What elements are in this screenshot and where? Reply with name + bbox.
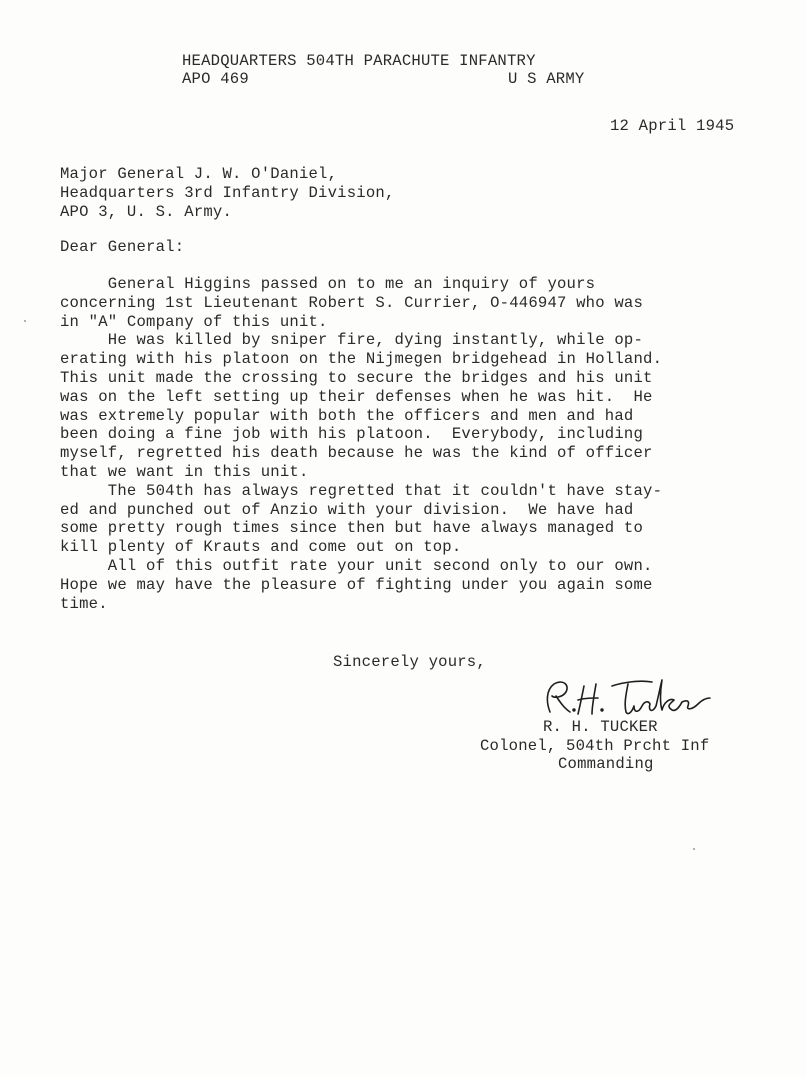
body-line: some pretty rough times since then but h… — [60, 519, 643, 537]
handwritten-signature — [540, 676, 720, 720]
body-line: General Higgins passed on to me an inqui… — [60, 275, 595, 293]
letter-date: 12 April 1945 — [610, 117, 734, 135]
addressee-line: Headquarters 3rd Infantry Division, — [60, 184, 395, 202]
paper-speck — [24, 320, 26, 322]
body-line: The 504th has always regretted that it c… — [60, 482, 662, 500]
letterhead-branch: U S ARMY — [508, 70, 584, 88]
body-line: All of this outfit rate your unit second… — [60, 557, 653, 575]
addressee-line: Major General J. W. O'Daniel, — [60, 165, 337, 183]
body-line: in "A" Company of this unit. — [60, 313, 328, 331]
paper-speck — [300, 560, 302, 562]
letterhead-apo: APO 469 — [182, 70, 249, 88]
body-line: was on the left setting up their defense… — [60, 388, 653, 406]
letterhead-unit: HEADQUARTERS 504TH PARACHUTE INFANTRY — [182, 52, 536, 70]
body-line: He was killed by sniper fire, dying inst… — [60, 331, 643, 349]
body-line: concerning 1st Lieutenant Robert S. Curr… — [60, 294, 643, 312]
body-line: erating with his platoon on the Nijmegen… — [60, 350, 662, 368]
body-line: Hope we may have the pleasure of fightin… — [60, 576, 653, 594]
signer-role: Commanding — [558, 755, 654, 773]
body-line: This unit made the crossing to secure th… — [60, 369, 653, 387]
body-line: kill plenty of Krauts and come out on to… — [60, 538, 461, 556]
body-line: time. — [60, 595, 108, 613]
salutation: Dear General: — [60, 238, 184, 256]
signer-name: R. H. TUCKER — [543, 718, 658, 736]
body-line: was extremely popular with both the offi… — [60, 407, 633, 425]
body-line: myself, regretted his death because he w… — [60, 444, 653, 462]
paper-speck — [693, 848, 695, 850]
addressee-line: APO 3, U. S. Army. — [60, 203, 232, 221]
body-line: ed and punched out of Anzio with your di… — [60, 501, 633, 519]
signer-title: Colonel, 504th Prcht Inf — [480, 737, 709, 755]
body-line: that we want in this unit. — [60, 463, 309, 481]
closing: Sincerely yours, — [333, 653, 486, 671]
body-line: been doing a fine job with his platoon. … — [60, 425, 643, 443]
